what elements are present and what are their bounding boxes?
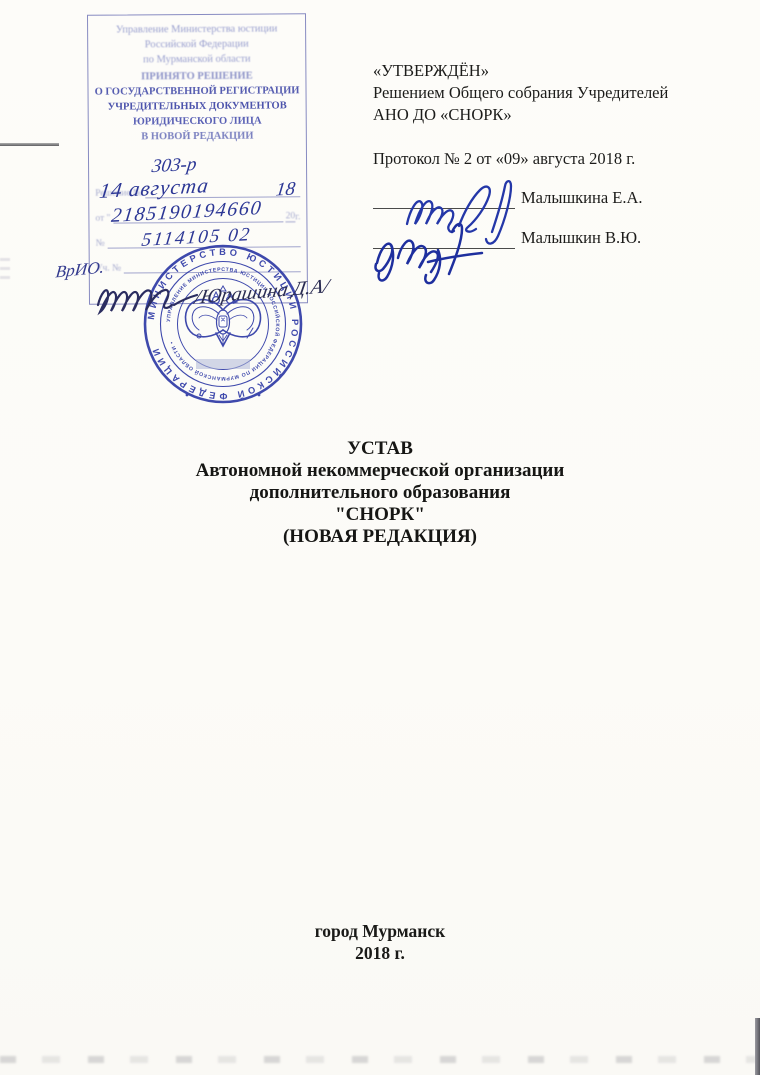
stamp-decision-heading: ПРИНЯТО РЕШЕНИЕ	[88, 68, 305, 85]
scan-artifact-right-strip	[755, 1018, 760, 1075]
stamp-decision-line: В НОВОЙ РЕДАКЦИИ	[89, 128, 306, 145]
handwritten-year: 18	[275, 179, 297, 202]
stamp-year-prefix: 20	[286, 211, 296, 222]
title-line-org-type: Автономной некоммерческой организации	[0, 460, 760, 482]
scan-artifact-bottom-smudge	[0, 1056, 756, 1063]
stamp-decision-line: УЧРЕДИТЕЛЬНЫХ ДОКУМЕНТОВ	[89, 98, 306, 115]
approval-line: АНО ДО «СНОРК»	[373, 104, 703, 126]
title-line-ustav: УСТАВ	[0, 438, 760, 460]
scanned-document-page: Управление Министерства юстиции Российск…	[0, 0, 760, 1075]
stamp-authority-line: Российской Федерации	[88, 36, 305, 53]
approval-line: Решением Общего собрания Учредителей	[373, 82, 703, 104]
signatory-row: Малышкина Е.А.	[373, 187, 703, 209]
ministry-round-seal: МИНИСТЕРСТВО ЮСТИЦИИ РОССИЙСКОЙ ФЕДЕРАЦИ…	[140, 244, 306, 404]
title-line-new-edition: (НОВАЯ РЕДАКЦИЯ)	[0, 526, 760, 548]
signature-underline	[373, 226, 515, 249]
signatory-name: Малышкина Е.А.	[521, 187, 643, 209]
signature-underline	[373, 186, 515, 209]
title-line-org-name: "СНОРК"	[0, 504, 760, 526]
footer-city: город Мурманск	[0, 920, 760, 942]
protocol-line: Протокол № 2 от «09» августа 2018 г.	[373, 148, 703, 170]
seal-dot	[186, 394, 189, 397]
approval-block: «УТВЕРЖДЁН» Решением Общего собрания Учр…	[373, 60, 703, 249]
stamp-authority-line: Управление Министерства юстиции	[88, 21, 305, 38]
scan-artifact-left-speck	[0, 258, 10, 284]
seal-ogrn-number-box	[196, 359, 250, 369]
stamp-authority-line: по Мурманской области	[88, 51, 305, 68]
title-line-edu: дополнительного образования	[0, 482, 760, 504]
signatory-name: Малышкин В.Ю.	[521, 227, 641, 249]
stamp-field-label: №	[96, 239, 105, 249]
document-footer: город Мурманск 2018 г.	[0, 920, 760, 964]
signatory-row: Малышкин В.Ю.	[373, 227, 703, 249]
stamp-field-label: от "	[95, 214, 110, 224]
scan-artifact-left-line	[0, 143, 59, 146]
footer-year: 2018 г.	[0, 942, 760, 964]
seal-dot	[258, 394, 261, 397]
stamp-field-label: г.	[295, 212, 300, 222]
approval-line: «УТВЕРЖДЁН»	[373, 60, 703, 82]
stamp-decision-line: О ГОСУДАРСТВЕННОЙ РЕГИСТРАЦИИ	[88, 83, 305, 100]
document-title-block: УСТАВ Автономной некоммерческой организа…	[0, 438, 760, 548]
stamp-decision-line: ЮРИДИЧЕСКОГО ЛИЦА	[89, 113, 306, 130]
